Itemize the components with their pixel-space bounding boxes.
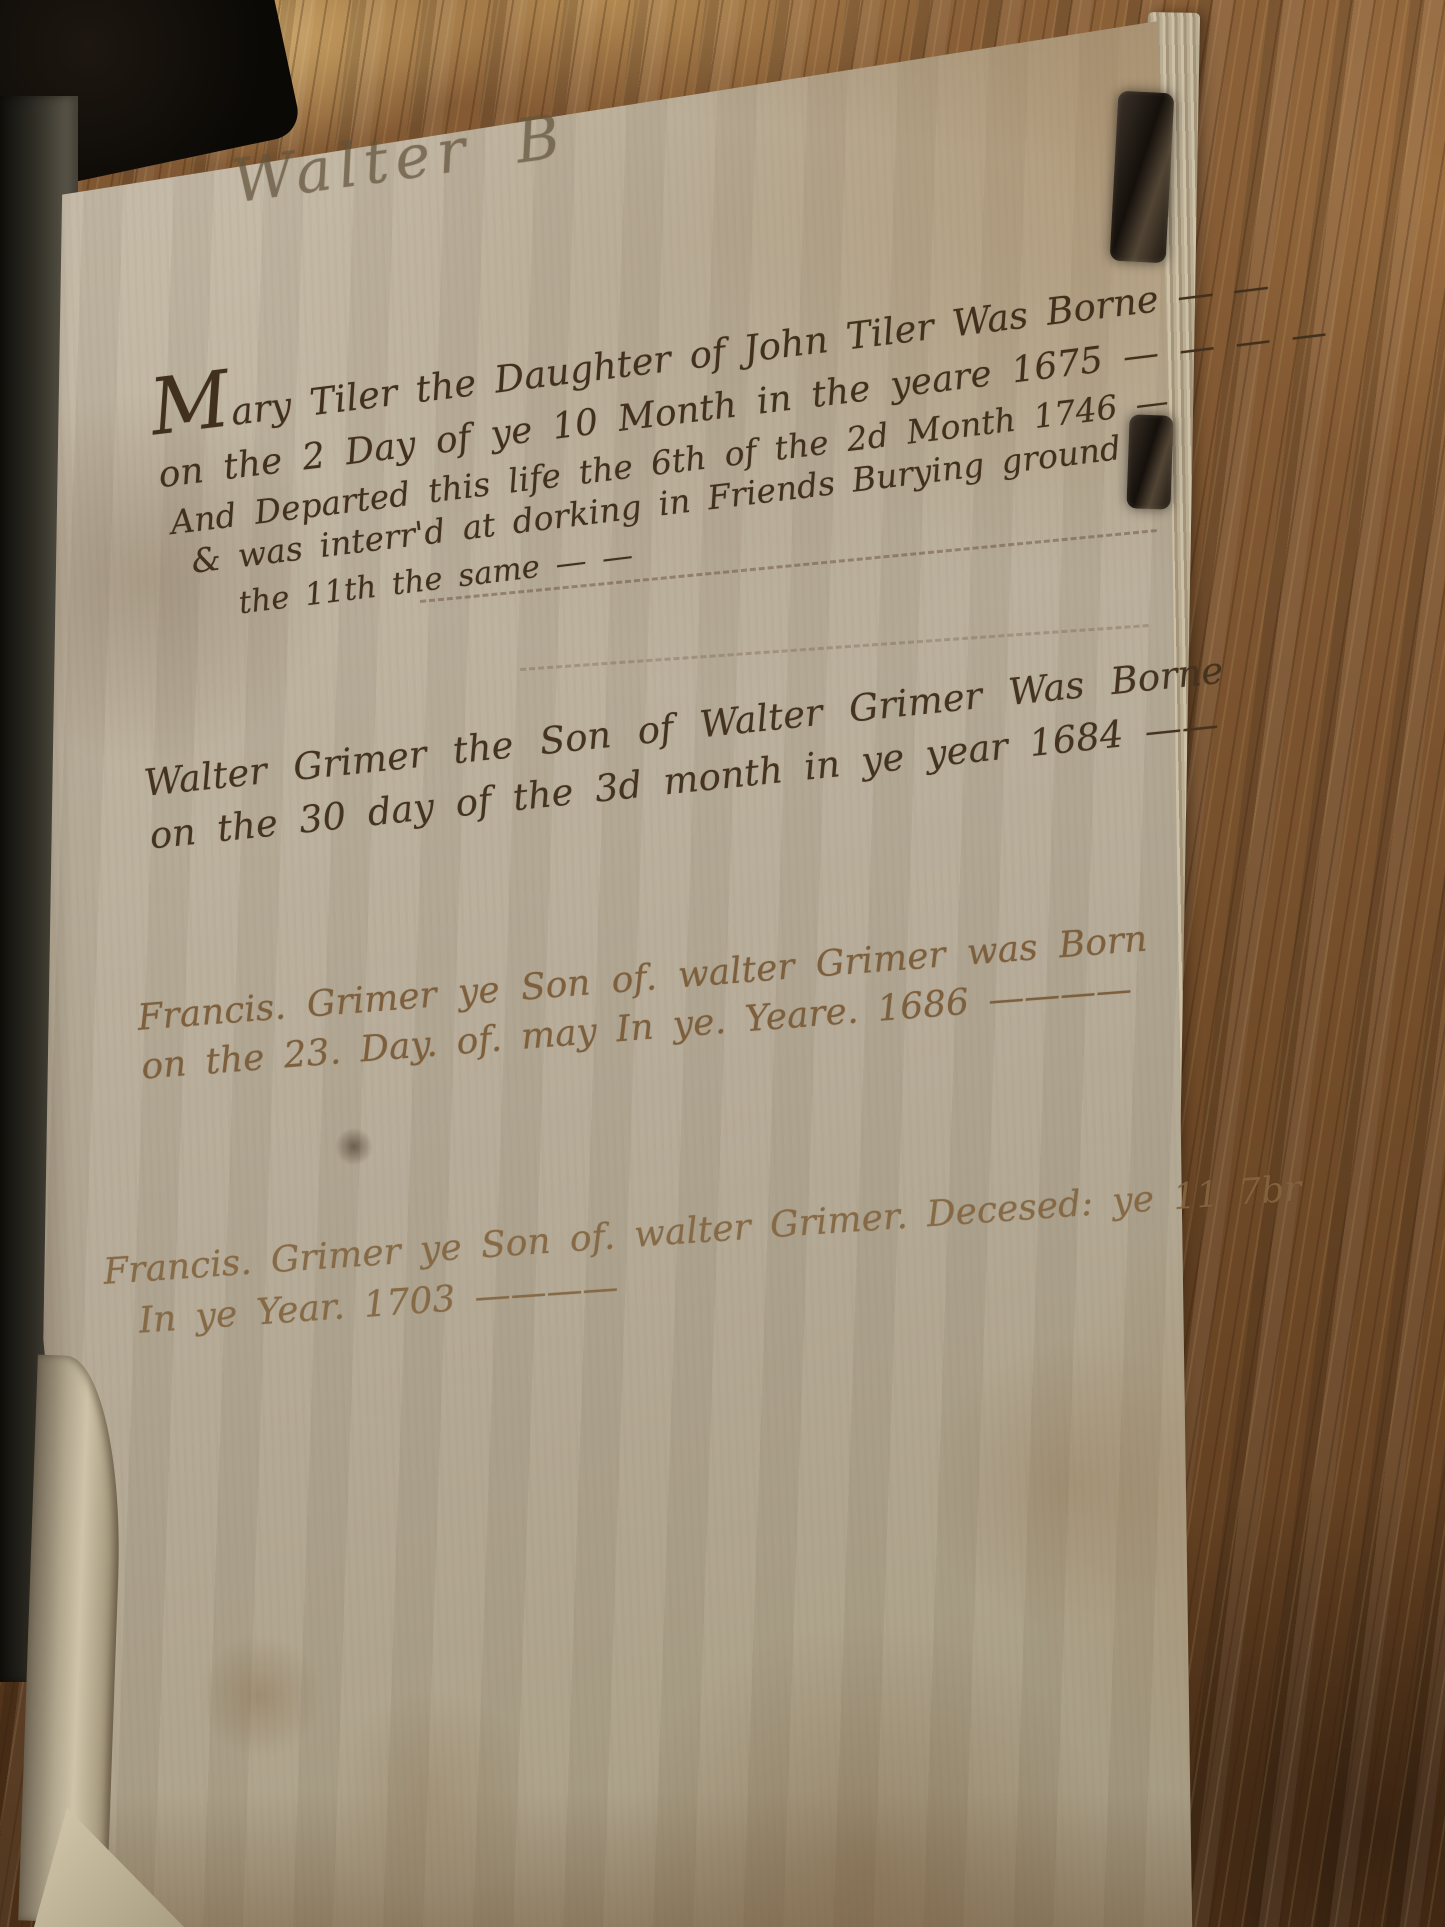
book-clasp xyxy=(1110,91,1175,264)
photo-of-manuscript: Walter B Mary Tiler the Daughter of John… xyxy=(0,0,1445,1927)
book-clasp xyxy=(1126,414,1173,509)
